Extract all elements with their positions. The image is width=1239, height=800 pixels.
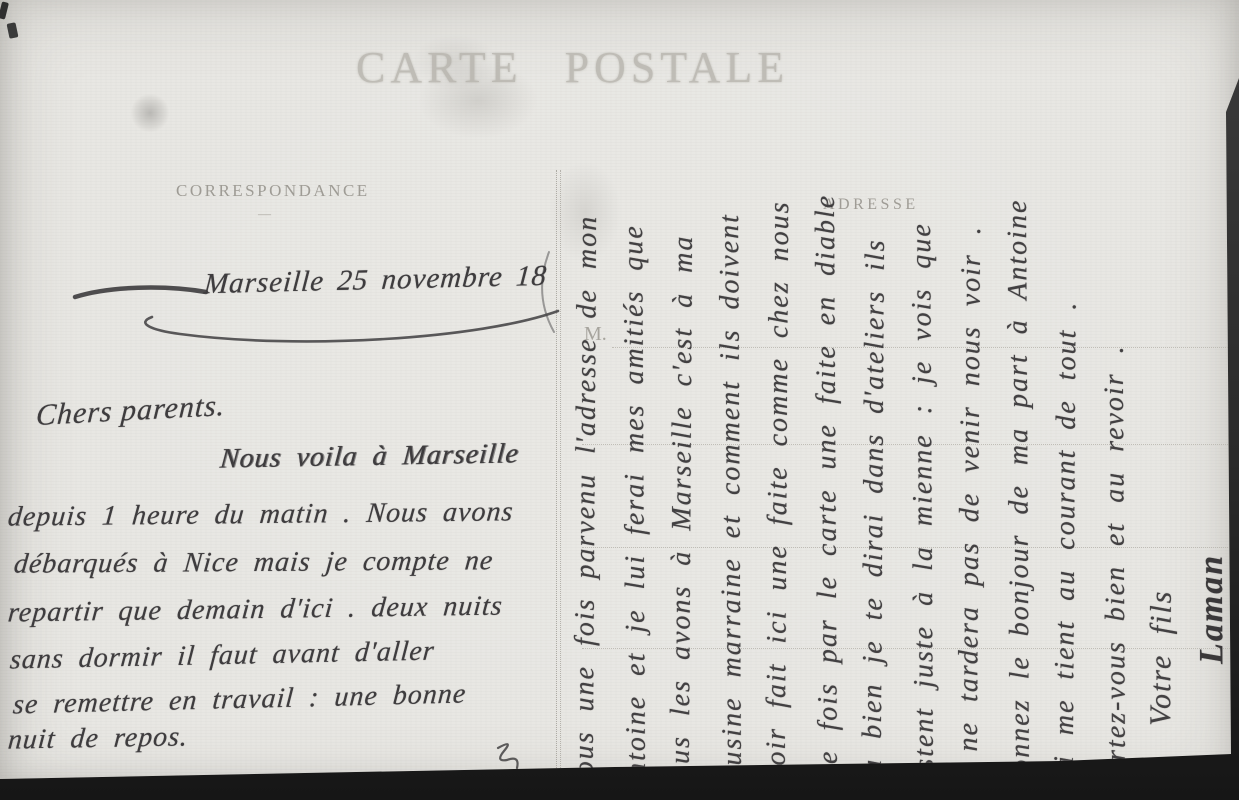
correspondence-label: CORRESPONDANCE (176, 181, 370, 201)
dateline-handwriting: Marseille 25 novembre 18 (203, 260, 549, 301)
ink-speck (7, 22, 19, 39)
scanned-postcard-scene: CARTE POSTALE CORRESPONDANCE — ADRESSE M… (0, 0, 1239, 800)
message-line: se remettre en travail : une bonne (12, 678, 468, 721)
stray-ink-mark (498, 744, 518, 768)
date-underline-flourish (145, 311, 558, 341)
rotated-message-line: nous les avons à Marseille c'est à ma (657, 4, 710, 796)
rotated-message-line: avoir fait ici une faite comme chez nous (753, 4, 806, 796)
rotated-message-line: Nous une fois parvenu l'adresse de mon (561, 4, 614, 796)
rotated-message-block: Nous une fois parvenu l'adresse de mon A… (563, 4, 1235, 796)
rotated-message-line: il ne tardera pas de venir nous voir . (945, 4, 998, 796)
message-line: repartir que demain d'ici . deux nuits (7, 591, 505, 630)
rotated-message-signature: Laman (1185, 4, 1237, 796)
ink-speck (0, 1, 9, 19)
rotated-message-line: qui me tient au courant de tout . (1041, 4, 1094, 796)
message-line: débarqués à Nice mais je compte ne (12, 545, 494, 580)
date-lead-dash (75, 288, 206, 297)
message-line: nuit de repos. (7, 721, 190, 756)
message-line: Nous voila à Marseille (219, 438, 521, 475)
message-line: depuis 1 heure du matin . Nous avons (6, 496, 515, 533)
rotated-message-line: Antoine et je lui ferai mes amitiés que (609, 4, 661, 796)
panel-divider (556, 170, 561, 770)
postcard: CARTE POSTALE CORRESPONDANCE — ADRESSE M… (0, 0, 1239, 800)
rotated-message-line: Portez-vous bien et au revoir . (1089, 4, 1141, 796)
correspondence-divider-dash: — (258, 206, 271, 222)
message-line: sans dormir il faut avant d'aller (9, 636, 436, 677)
rotated-message-closing: Votre fils (1137, 4, 1190, 796)
rotated-message-line: cousine marraine et comment ils doivent (705, 4, 757, 796)
rotated-message-line: une fois par le carte une faite en diabl… (801, 4, 853, 796)
salutation-handwriting: Chers parents. (35, 389, 227, 433)
rotated-message-line: restent juste à la mienne : je vois que (897, 4, 949, 796)
rotated-message-line: Donnez le bonjour de ma part à Antoine (993, 4, 1045, 796)
rotated-message-line: Ou bien je te dirai dans d'ateliers ils (849, 4, 902, 796)
